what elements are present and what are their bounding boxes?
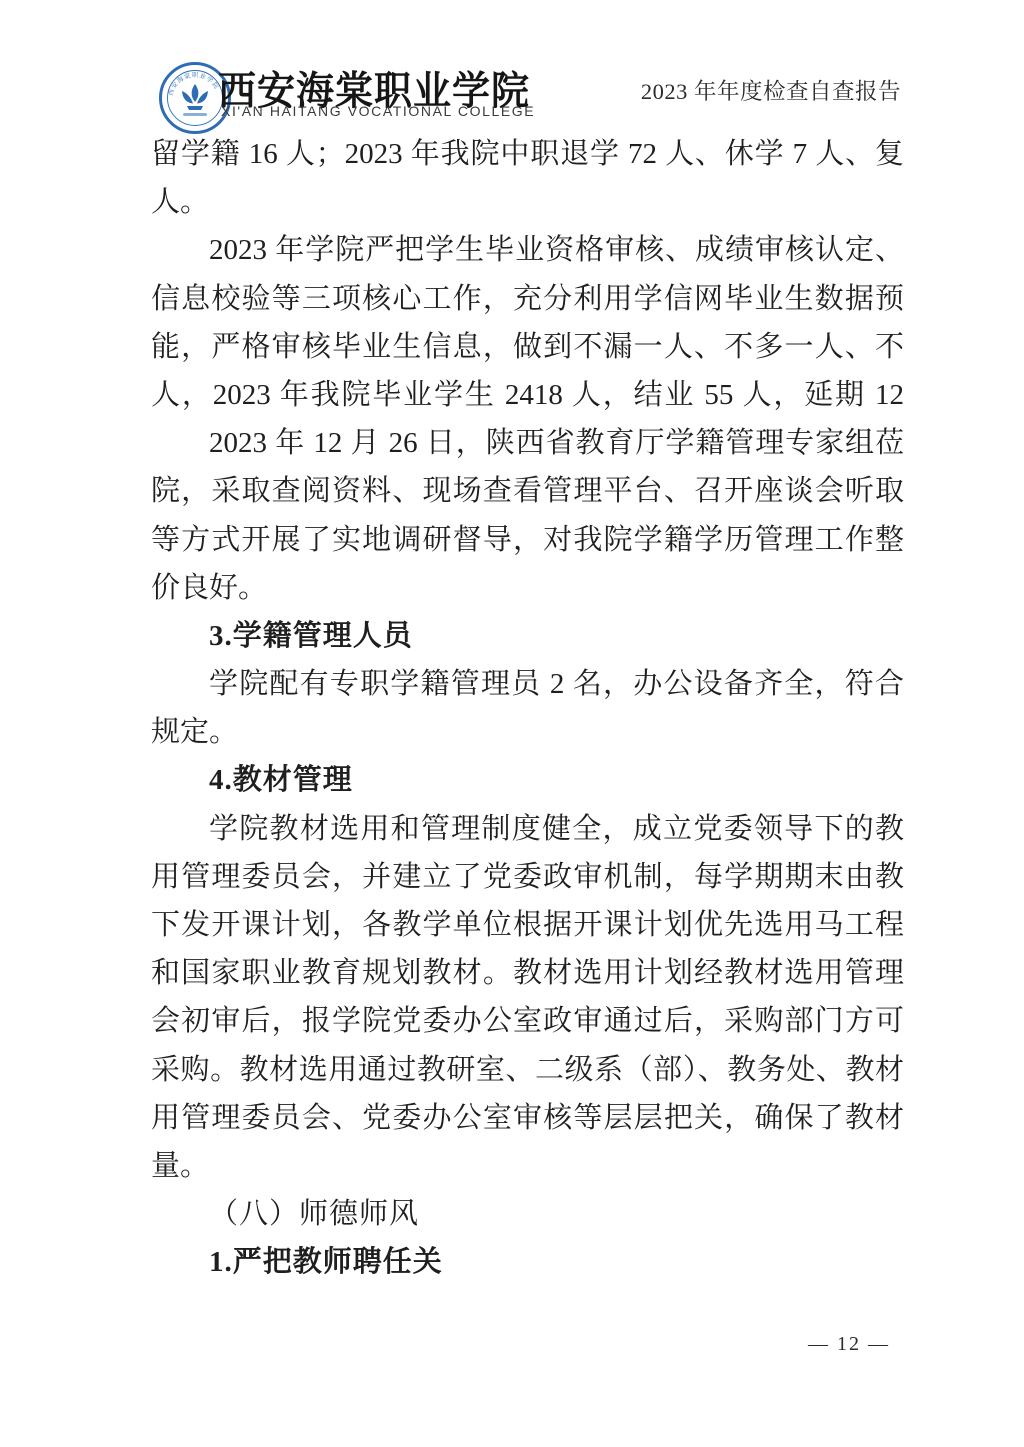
body-line: 能，严格审核毕业生信息，做到不漏一人、不多一人、不错一 (151, 323, 904, 371)
body-line: 留学籍 16 人；2023 年我院中职退学 72 人、休学 7 人、复学 2 (151, 130, 904, 178)
body-line: 学院教材选用和管理制度健全，成立党委领导下的教材选 (151, 805, 904, 853)
body-line: 2023 年学院严把学生毕业资格审核、成绩审核认定、数据 (151, 226, 904, 274)
page-header: 西安海棠职业学院 西安海棠职业学院 XI'AN HAITANG VOCATION… (0, 0, 1024, 140)
report-page: 西安海棠职业学院 西安海棠职业学院 XI'AN HAITANG VOCATION… (0, 0, 1024, 1447)
body-line: 价良好。 (151, 564, 904, 612)
document-body: 留学籍 16 人；2023 年我院中职退学 72 人、休学 7 人、复学 2 人… (151, 130, 904, 1287)
report-title: 2023 年年度检查自查报告 (641, 74, 901, 106)
college-name-en: XI'AN HAITANG VOCATIONAL COLLEGE (221, 103, 521, 119)
body-line: 下发开课计划，各教学单位根据开课计划优先选用马工程教材 (151, 901, 904, 949)
section-heading-4: 4.教材管理 (151, 756, 904, 804)
body-line: 和国家职业教育规划教材。教材选用计划经教材选用管理委员 (151, 949, 904, 997)
body-line: 2023 年 12 月 26 日，陕西省教育厅学籍管理专家组莅临我 (151, 419, 904, 467)
subsection-heading-8: （八）师德师风 (151, 1190, 904, 1238)
section-heading-3: 3.学籍管理人员 (151, 612, 904, 660)
body-line: 人，2023 年我院毕业学生 2418 人，结业 55 人，延期 12 人。 (151, 371, 904, 419)
page-number: — 12 — (808, 1333, 890, 1356)
body-line: 用管理委员会，并建立了党委政审机制，每学期期末由教务处 (151, 853, 904, 901)
body-line: 学院配有专职学籍管理员 2 名，办公设备齐全，符合相关 (151, 660, 904, 708)
body-line: 院，采取查阅资料、现场查看管理平台、召开座谈会听取汇报 (151, 467, 904, 515)
body-line: 采购。教材选用通过教研室、二级系（部）、教务处、教材选 (151, 1046, 904, 1094)
body-line: 信息校验等三项核心工作，充分利用学信网毕业生数据预审功 (151, 275, 904, 323)
body-line: 会初审后，报学院党委办公室政审通过后，采购部门方可进行 (151, 997, 904, 1045)
section-heading-1: 1.严把教师聘任关 (151, 1238, 904, 1286)
body-line: 人。 (151, 178, 904, 226)
body-line: 用管理委员会、党委办公室审核等层层把关，确保了教材的 质 (151, 1094, 904, 1142)
body-line: 量。 (151, 1142, 904, 1190)
body-line: 等方式开展了实地调研督导，对我院学籍学历管理工作整体评 (151, 516, 904, 564)
body-line: 规定。 (151, 708, 904, 756)
